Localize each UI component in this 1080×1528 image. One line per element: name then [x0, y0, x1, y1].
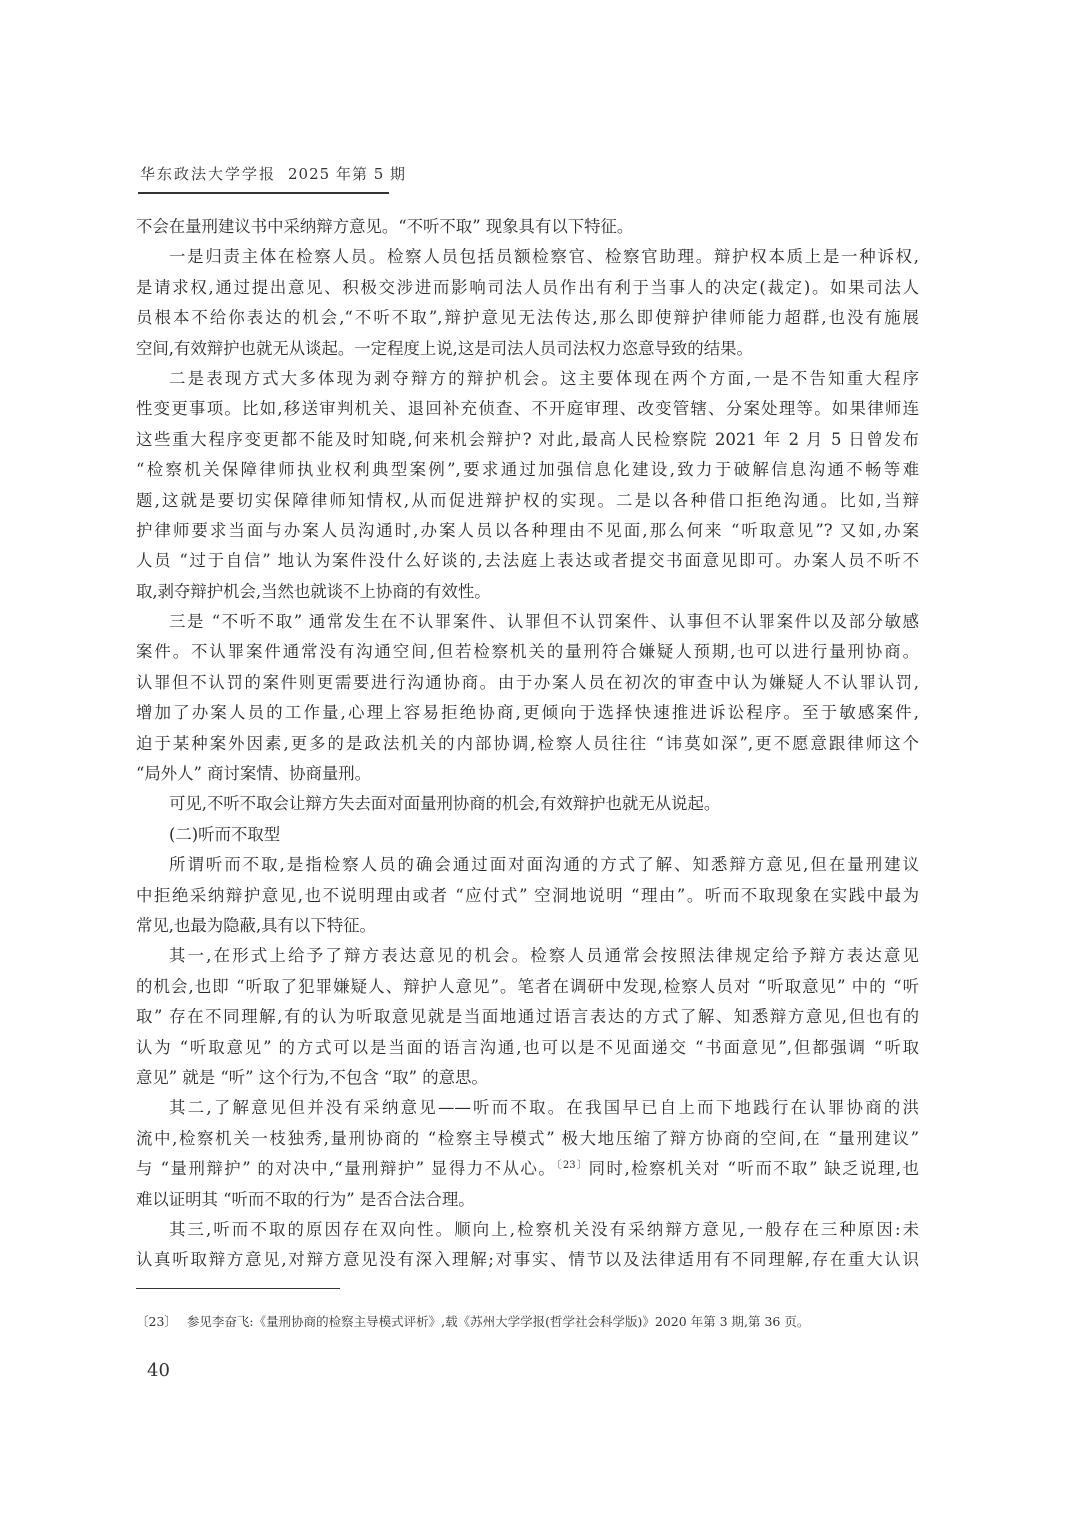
text-line: 性变更事项。比如,移送审判机关、退回补充侦查、不开庭审理、改变管辖、分案处理等。…: [136, 394, 919, 424]
body-text: 不会在量刑建议书中采纳辩方意见。“不听不取” 现象具有以下特征。一是归责主体在检…: [136, 212, 919, 1276]
footnote-text: 参见李奋飞:《量刑协商的检察主导模式评析》,载《苏州大学学报(哲学社会科学版)》…: [187, 1314, 809, 1329]
journal-name: 华东政法大学学报: [140, 165, 276, 183]
text-line: 取,剥夺辩护机会,当然也就谈不上协商的有效性。: [136, 577, 919, 607]
text-line: 的机会,也即 “听取了犯罪嫌疑人、辩护人意见”。笔者在调研中发现,检察人员对 “…: [136, 972, 919, 1002]
text-line: (二)听而不取型: [136, 820, 919, 850]
footnote-number: 〔23〕: [136, 1314, 177, 1329]
text-line: 这些重大程序变更都不能及时知晓,何来机会辩护? 对此,最高人民检察院 2021 …: [136, 425, 919, 455]
issue-label: 2025 年第 5 期: [288, 165, 406, 183]
text-line: 认真听取辩方意见,对辩方意见没有深入理解;对事实、情节以及法律适用有不同理解,存…: [136, 1245, 919, 1275]
text-line: 其三,听而不取的原因存在双向性。顺向上,检察机关没有采纳辩方意见,一般存在三种原…: [136, 1215, 919, 1245]
text-line: 人员 “过于自信” 地认为案件没什么好谈的,去法庭上表达或者提交书面意见即可。办…: [136, 546, 919, 576]
text-line: 是请求权,通过提出意见、积极交涉进而影响司法人员作出有利于当事人的决定(裁定)。…: [136, 273, 919, 303]
page-number: 40: [147, 1360, 170, 1381]
text-line: 常见,也最为隐蔽,具有以下特征。: [136, 911, 919, 941]
text-line: 护律师要求当面与办案人员沟通时,办案人员以各种理由不见面,那么何来 “听取意见”…: [136, 516, 919, 546]
text-line: 其一,在形式上给予了辩方表达意见的机会。检察人员通常会按照法律规定给予辩方表达意…: [136, 941, 919, 971]
text-line: 认为 “听取意见” 的方式可以是当面的语言沟通,也可以是不见面递交 “书面意见”…: [136, 1033, 919, 1063]
text-line: 难以证明其 “听而不取的行为” 是否合法合理。: [136, 1185, 919, 1215]
text-line: 一是归责主体在检察人员。检察人员包括员额检察官、检察官助理。辩护权本质上是一种诉…: [136, 242, 919, 272]
text-line: 案件。不认罪案件通常没有沟通空间,但若检察机关的量刑符合嫌疑人预期,也可以进行量…: [136, 637, 919, 667]
text-line: 中拒绝采纳辩护意见,也不说明理由或者 “应付式” 空洞地说明 “理由”。听而不取…: [136, 881, 919, 911]
footnote-ref[interactable]: 〔23〕: [556, 1160, 588, 1171]
running-head: 华东政法大学学报2025 年第 5 期: [140, 163, 406, 184]
footnote-rule: [136, 1288, 340, 1289]
text-line: 空间,有效辩护也就无从谈起。一定程度上说,这是司法人员司法权力恣意导致的结果。: [136, 334, 919, 364]
text-line: 所谓听而不取,是指检察人员的确会通过面对面沟通的方式了解、知悉辩方意见,但在量刑…: [136, 850, 919, 880]
text-line: 二是表现方式大多体现为剥夺辩方的辩护机会。这主要体现在两个方面,一是不告知重大程…: [136, 364, 919, 394]
text-line: 题,这就是要切实保障律师知情权,从而促进辩护权的实现。二是以各种借口拒绝沟通。比…: [136, 486, 919, 516]
text-line: 三是 “不听不取” 通常发生在不认罪案件、认罪但不认罚案件、认事但不认罪案件以及…: [136, 607, 919, 637]
text-line: 意见” 就是 “听” 这个行为,不包含 “取” 的意思。: [136, 1063, 919, 1093]
header-rule: [138, 192, 389, 194]
text-line: 迫于某种案外因素,更多的是政法机关的内部协调,检察人员往往 “讳莫如深”,更不愿…: [136, 729, 919, 759]
text-line: 不会在量刑建议书中采纳辩方意见。“不听不取” 现象具有以下特征。: [136, 212, 919, 242]
text-line: 与 “量刑辩护” 的对决中,“量刑辩护” 显得力不从心。〔23〕同时,检察机关对…: [136, 1154, 919, 1184]
footnote: 〔23〕参见李奋飞:《量刑协商的检察主导模式评析》,载《苏州大学学报(哲学社会科…: [136, 1312, 809, 1330]
text-line: 员根本不给你表达的机会,“不听不取”,辩护意见无法传达,那么即使辩护律师能力超群…: [136, 303, 919, 333]
text-line: 流中,检察机关一枝独秀,量刑协商的 “检察主导模式” 极大地压缩了辩方协商的空间…: [136, 1124, 919, 1154]
text-line: 认罪但不认罚的案件则更需要进行沟通协商。由于办案人员在初次的审查中认为嫌疑人不认…: [136, 668, 919, 698]
text-line: 增加了办案人员的工作量,心理上容易拒绝协商,更倾向于选择快速推进诉讼程序。至于敏…: [136, 698, 919, 728]
text-line: “局外人” 商讨案情、协商量刑。: [136, 759, 919, 789]
text-line: 可见,不听不取会让辩方失去面对面量刑协商的机会,有效辩护也就无从说起。: [136, 789, 919, 819]
text-line: 取” 存在不同理解,有的认为听取意见就是当面地通过语言表达的方式了解、知悉辩方意…: [136, 1002, 919, 1032]
text-line: “检察机关保障律师执业权利典型案例”,要求通过加强信息化建设,致力于破解信息沟通…: [136, 455, 919, 485]
text-line: 其二,了解意见但并没有采纳意见——听而不取。在我国早已自上而下地践行在认罪协商的…: [136, 1093, 919, 1123]
